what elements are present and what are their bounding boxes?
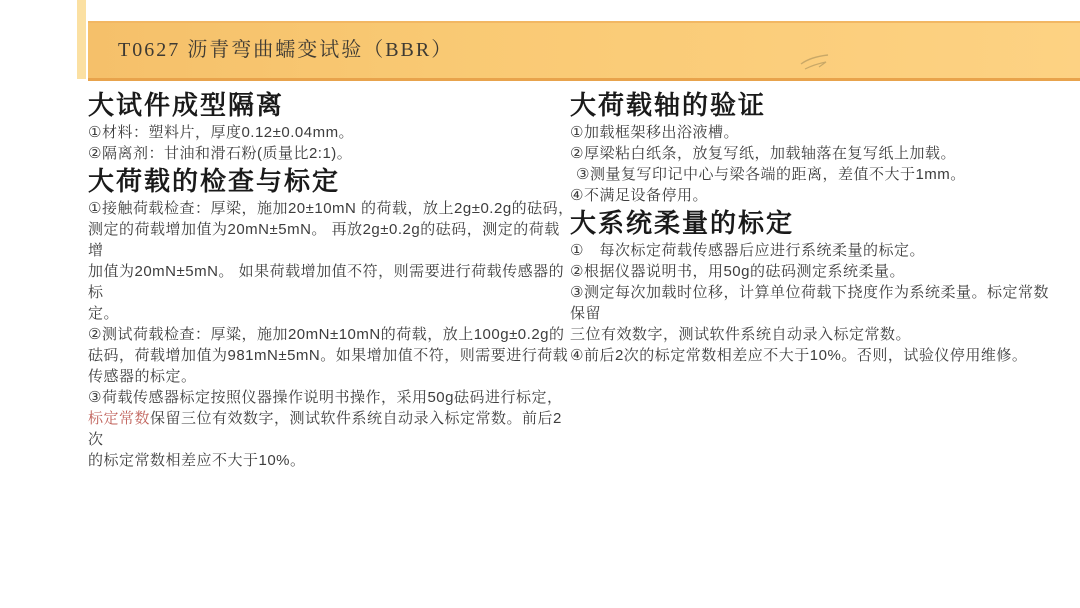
paragraph-isolation-agent: ②隔离剂：甘油和滑石粉(质量比2:1)。 [88,143,574,164]
paragraph-compliance-displacement: ③测定每次加载时位移，计算单位荷载下挠度作为系统柔量。标定常数保留 三位有效数字… [570,282,1056,345]
paragraph-contact-load-check: ①接触荷载检查：厚梁，施加20±10mN 的荷载，放上2g±0.2g的砝码， 测… [88,198,574,324]
heading-system-compliance-calibration: 大系统柔量的标定 [570,206,1056,240]
title-banner: T0627 沥青弯曲蠕变试验（BBR） [88,21,1080,81]
paragraph-compliance-constant-diff: ④前后2次的标定常数相差应不大于10%。否则，试验仪停用维修。 [570,345,1056,366]
paragraph-test-load-check: ②测试荷载检查：厚粱，施加20mN±10mN的荷载，放上100g±0.2g的 砝… [88,324,574,387]
paragraph-equipment-stop: ④不满足设备停用。 [570,185,1056,206]
heading-load-axis-verification: 大荷载轴的验证 [570,88,1056,122]
paragraph-sensor-calibration-tail: 的标定常数相差应不大于10%。 [88,450,574,471]
calibration-text-post: 保留三位有效数字，测试软件系统自动录入标定常数。前后2次 [88,410,562,448]
watermark-scribble-icon [795,48,837,82]
paragraph-compliance-after-sensor-cal: ① 每次标定荷载传感器后应进行系统柔量的标定。 [570,240,1056,261]
paragraph-material: ①材料：塑料片，厚度0.12±0.04mm。 [88,122,574,143]
paragraph-frame-out-of-bath: ①加载框架移出浴液槽。 [570,122,1056,143]
heading-specimen-molding-isolation: 大试件成型隔离 [88,88,574,122]
paragraph-sensor-calibration: ③荷载传感器标定按照仪器操作说明书操作，采用50g砝码进行标定， 标定常数保留三… [88,387,574,450]
calibration-constant-highlight: 标定常数 [88,410,150,427]
calibration-text-pre: ③荷载传感器标定按照仪器操作说明书操作，采用50g砝码进行标定， [88,389,562,406]
paragraph-measure-imprint-distance: ③测量复写印记中心与梁各端的距离，差值不大于1mm。 [570,164,1056,185]
right-column: 大荷载轴的验证 ①加载框架移出浴液槽。 ②厚梁粘白纸条，放复写纸，加载轴落在复写… [570,88,1056,366]
paragraph-carbon-paper-loading: ②厚梁粘白纸条，放复写纸，加载轴落在复写纸上加载。 [570,143,1056,164]
heading-load-check-calibration: 大荷载的检查与标定 [88,164,574,198]
page-title: T0627 沥青弯曲蠕变试验（BBR） [88,23,1080,78]
paragraph-compliance-50g-weight: ②根据仪器说明书，用50g的砝码测定系统柔量。 [570,261,1056,282]
banner-accent-strip [77,0,86,79]
left-column: 大试件成型隔离 ①材料：塑料片，厚度0.12±0.04mm。 ②隔离剂：甘油和滑… [88,88,574,471]
